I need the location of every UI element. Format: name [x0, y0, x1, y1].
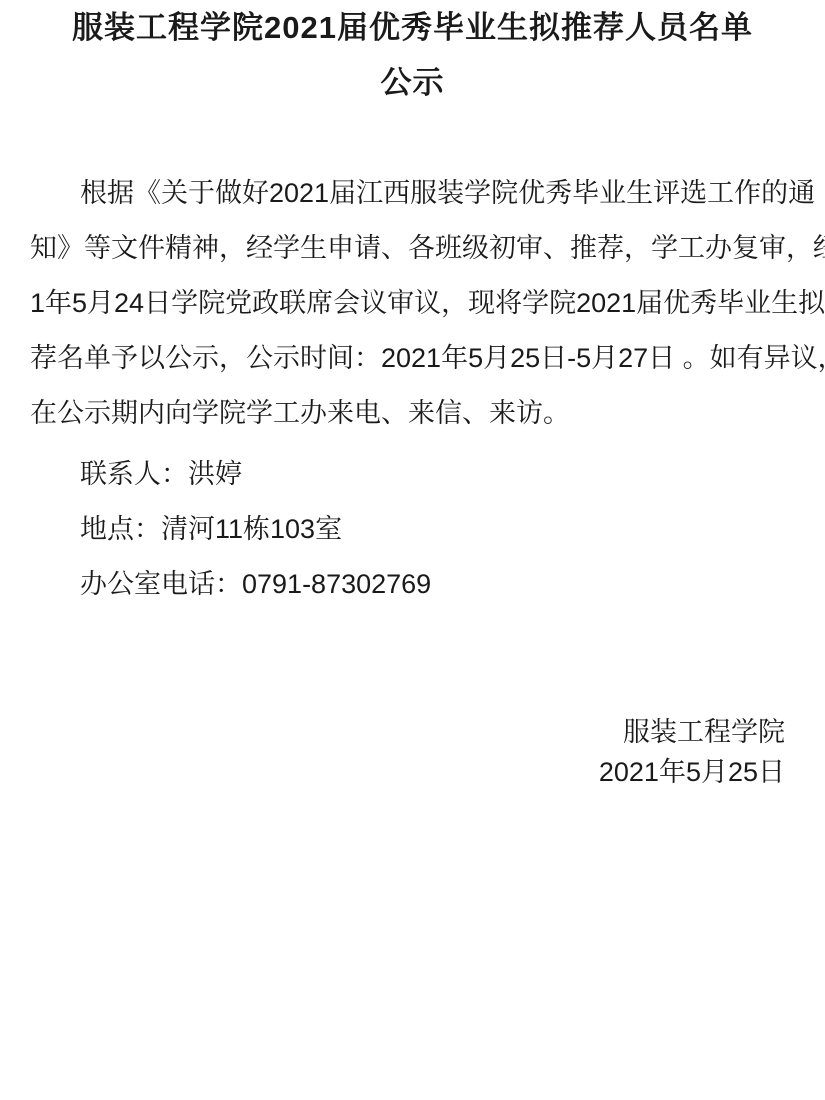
- contact-phone-line: 办公室电话：0791-87302769: [30, 557, 795, 612]
- paragraph-line: 在公示期内向学院学工办来电、来信、来访。: [30, 386, 795, 441]
- announcement-paragraph: 根据《关于做好2021届江西服装学院优秀毕业生评选工作的通 知》等文件精神，经学…: [0, 166, 825, 441]
- document-title: 服装工程学院2021届优秀毕业生拟推荐人员名单 公示: [0, 0, 825, 110]
- contact-info: 联系人：洪婷 地点：清河11栋103室 办公室电话：0791-87302769: [0, 447, 825, 612]
- signature-date: 2021年5月25日: [0, 752, 785, 792]
- contact-location-line: 地点：清河11栋103室: [30, 502, 795, 557]
- title-line-2: 公示: [0, 55, 825, 110]
- paragraph-line: 1年5月24日学院党政联席会议审议，现将学院2021届优秀毕业生拟推: [30, 276, 795, 331]
- document-page: 服装工程学院2021届优秀毕业生拟推荐人员名单 公示 根据《关于做好2021届江…: [0, 0, 825, 1100]
- paragraph-line: 根据《关于做好2021届江西服装学院优秀毕业生评选工作的通: [30, 166, 795, 221]
- paragraph-line: 荐名单予以公示，公示时间：2021年5月25日-5月27日 。如有异议，可: [30, 331, 795, 386]
- contact-person-line: 联系人：洪婷: [30, 447, 795, 502]
- paragraph-line: 知》等文件精神，经学生申请、各班级初审、推荐，学工办复审，经202: [30, 221, 795, 276]
- title-line-1: 服装工程学院2021届优秀毕业生拟推荐人员名单: [0, 0, 825, 55]
- signature-org: 服装工程学院: [0, 712, 785, 752]
- signature-block: 服装工程学院 2021年5月25日: [0, 712, 825, 792]
